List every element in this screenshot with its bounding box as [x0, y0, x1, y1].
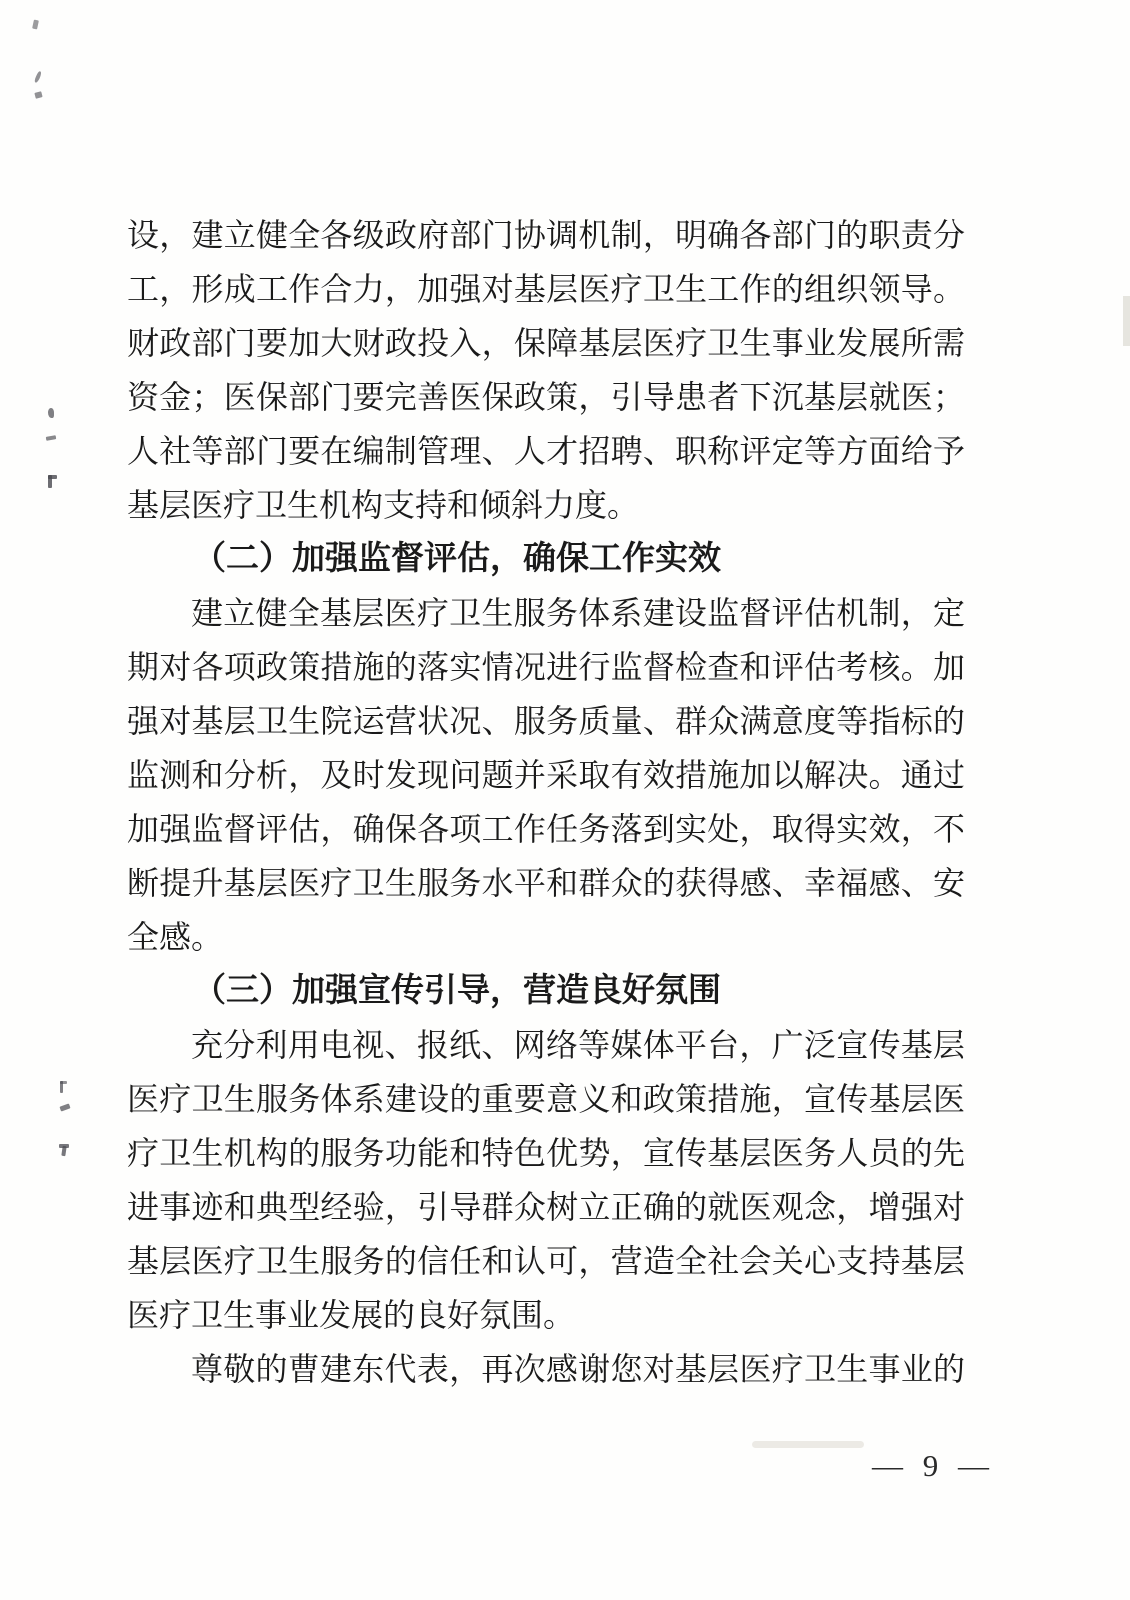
scan-artifact — [61, 1146, 66, 1156]
text-line: 人社等部门要在编制管理、人才招聘、职称评定等方面给予 — [127, 424, 965, 478]
section-heading: （二）加强监督评估，确保工作实效 — [127, 532, 965, 586]
document-page: 设，建立健全各级政府部门协调机制，明确各部门的职责分工，形成工作合力，加强对基层… — [0, 0, 1130, 1600]
scan-artifact — [59, 1103, 70, 1111]
document-lines: 设，建立健全各级政府部门协调机制，明确各部门的职责分工，形成工作合力，加强对基层… — [127, 208, 965, 1396]
text-line: 充分利用电视、报纸、网络等媒体平台，广泛宣传基层 — [127, 1018, 965, 1072]
scan-artifact — [48, 408, 54, 418]
scan-artifact — [34, 91, 42, 99]
page-number: — 9 — — [872, 1448, 995, 1484]
text-line: 加强监督评估，确保各项工作任务落到实处，取得实效，不 — [127, 802, 965, 856]
scan-edge-shadow — [1123, 296, 1130, 346]
text-line: 期对各项政策措施的落实情况进行监督检查和评估考核。加 — [127, 640, 965, 694]
scan-artifact — [48, 475, 57, 479]
text-line: 进事迹和典型经验，引导群众树立正确的就医观念，增强对 — [127, 1180, 965, 1234]
text-line: 资金；医保部门要完善医保政策，引导患者下沉基层就医； — [127, 370, 965, 424]
text-line: 基层医疗卫生服务的信任和认可，营造全社会关心支持基层 — [127, 1234, 965, 1288]
text-line: 尊敬的曹建东代表，再次感谢您对基层医疗卫生事业的 — [127, 1342, 965, 1396]
scan-artifact — [32, 20, 39, 30]
text-line: 设，建立健全各级政府部门协调机制，明确各部门的职责分 — [127, 208, 965, 262]
text-line: 建立健全基层医疗卫生服务体系建设监督评估机制，定 — [127, 586, 965, 640]
text-line: 工，形成工作合力，加强对基层医疗卫生工作的组织领导。 — [127, 262, 965, 316]
text-line: 基层医疗卫生机构支持和倾斜力度。 — [127, 478, 965, 532]
text-line: 疗卫生机构的服务功能和特色优势，宣传基层医务人员的先 — [127, 1126, 965, 1180]
text-line: 监测和分析，及时发现问题并采取有效措施加以解决。通过 — [127, 748, 965, 802]
text-line: 全感。 — [127, 910, 965, 964]
scan-artifact — [34, 71, 43, 84]
scan-artifact — [46, 435, 57, 441]
text-line: 医疗卫生服务体系建设的重要意义和政策措施，宣传基层医 — [127, 1072, 965, 1126]
scan-artifact — [60, 1081, 67, 1084]
text-line: 强对基层卫生院运营状况、服务质量、群众满意度等指标的 — [127, 694, 965, 748]
text-line: 财政部门要加大财政投入，保障基层医疗卫生事业发展所需 — [127, 316, 965, 370]
scan-smudge — [752, 1441, 864, 1448]
text-line: 医疗卫生事业发展的良好氛围。 — [127, 1288, 965, 1342]
section-heading: （三）加强宣传引导，营造良好氛围 — [127, 964, 965, 1018]
text-line: 断提升基层医疗卫生服务水平和群众的获得感、幸福感、安 — [127, 856, 965, 910]
